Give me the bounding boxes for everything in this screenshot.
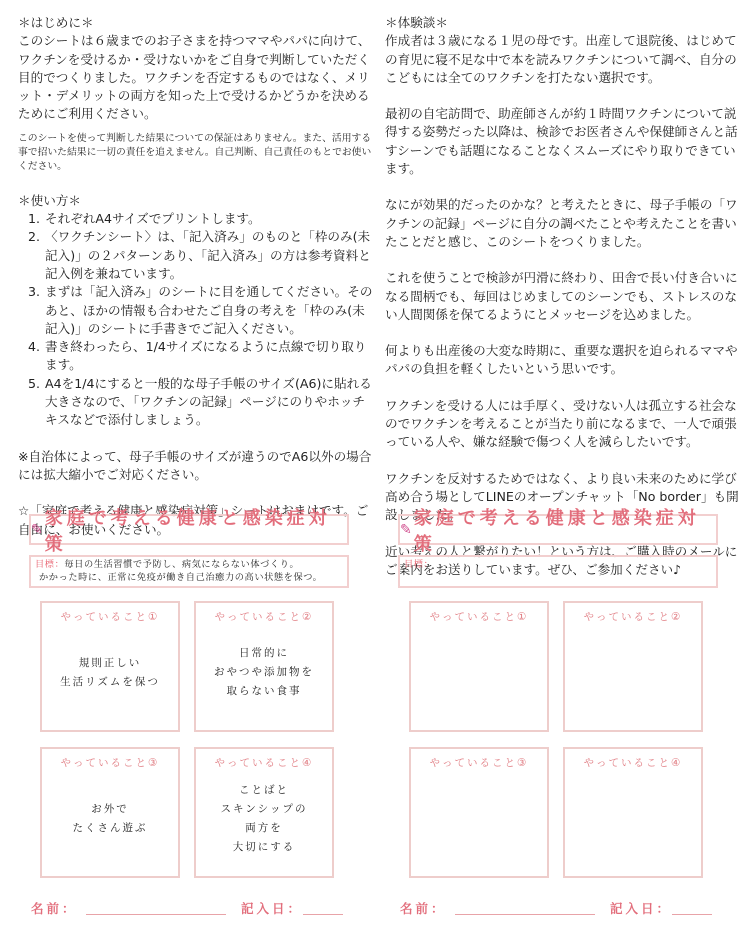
sheet-blank: ✎ 家庭で考える健康と感染症対策 目標： やっていること① やっていること② や… (395, 514, 745, 934)
story-paragraph: ワクチンを受ける人には手厚く、受けない人は孤立する社会なのでワクチンを考えること… (385, 397, 743, 452)
activity-title: やっていること④ (196, 755, 332, 770)
story-paragraph: なにが効果的だったのかな？と考えたときに、母子手帳の「ワクチンの記録」ページに自… (385, 196, 743, 251)
activity-body (411, 625, 547, 720)
activity-box-2: やっていること② 日常的に おやつや添加物を 取らない食事 (194, 601, 334, 732)
activity-title: やっていること③ (411, 755, 547, 770)
story-paragraph: 何よりも出産後の大変な時期に、重要な選択を迫られるママやパパの負担を軽くしたいと… (385, 342, 743, 379)
activity-body (565, 771, 701, 866)
activity-body: ことばと スキンシップの 両方を 大切にする (196, 771, 332, 866)
name-label: 名前： (31, 899, 78, 917)
activity-box-2: やっていること② (563, 601, 703, 732)
usage-heading: ＊使い方＊ (18, 192, 376, 210)
usage-step: 4.書き終わったら、1/4サイズになるように点線で切り取ります。 (28, 338, 376, 375)
activity-body: 規則正しい 生活リズムを保つ (42, 625, 178, 720)
activity-box-4: やっていること④ ことばと スキンシップの 両方を 大切にする (194, 747, 334, 878)
pencil-icon: ✎ (31, 522, 43, 538)
date-line (303, 914, 343, 915)
activity-body: お外で たくさん遊ぶ (42, 771, 178, 866)
usage-steps: 1.それぞれA4サイズでプリントします。 2.〈ワクチンシート〉は、「記入済み」… (18, 210, 376, 430)
activity-title: やっていること① (42, 609, 178, 624)
activity-box-3: やっていること③ (409, 747, 549, 878)
activity-box-1: やっていること① (409, 601, 549, 732)
sheet-footer: 名前： 記入日： (400, 899, 720, 919)
pencil-icon: ✎ (400, 522, 412, 538)
date-label: 記入日： (610, 899, 672, 917)
story-heading: ＊体験談＊ (385, 14, 743, 32)
sheet-title: ✎ 家庭で考える健康と感染症対策 (398, 514, 718, 545)
activity-title: やっていること② (565, 609, 701, 624)
story-paragraph: 作成者は３歳になる１児の母です。出産して退院後、はじめての育児に寝不足な中で本を… (385, 32, 743, 87)
activity-body (411, 771, 547, 866)
activity-title: やっていること③ (42, 755, 178, 770)
goal-box: 目標：毎日の生活習慣で予防し、病気にならない体づくり。 かかった時に、正常に免疫… (29, 555, 349, 588)
usage-note: ※自治体によって、母子手帳のサイズが違うのでA6以外の場合には拡大縮小でご対応く… (18, 448, 376, 485)
sheet-filled-example: ✎ 家庭で考える健康と感染症対策 目標：毎日の生活習慣で予防し、病気にならない体… (26, 514, 376, 934)
activity-box-4: やっていること④ (563, 747, 703, 878)
activity-box-1: やっていること① 規則正しい 生活リズムを保つ (40, 601, 180, 732)
activity-title: やっていること④ (565, 755, 701, 770)
goal-line-1: 毎日の生活習慣で予防し、病気にならない体づくり。 (64, 559, 299, 570)
intro-body: このシートは６歳までのお子さまを持つママやパパに向けて、ワクチンを受けるか・受け… (18, 32, 376, 123)
date-label: 記入日： (241, 899, 303, 917)
activity-body: 日常的に おやつや添加物を 取らない食事 (196, 625, 332, 720)
usage-step: 1.それぞれA4サイズでプリントします。 (28, 210, 376, 228)
name-line (455, 914, 595, 915)
activity-box-3: やっていること③ お外で たくさん遊ぶ (40, 747, 180, 878)
usage-step: 3.まずは「記入済み」のシートに目を通してください。そのあと、ほかの情報も合わせ… (28, 283, 376, 338)
name-label: 名前： (400, 899, 447, 917)
disclaimer: このシートを使って判断した結果についての保証はありません。また、活用する事で招い… (18, 132, 376, 174)
activity-title: やっていること① (411, 609, 547, 624)
goal-line-2: かかった時に、正常に免疫が働き自己治癒力の高い状態を保つ。 (35, 572, 343, 585)
story-paragraph: 最初の自宅訪問で、助産師さんが約１時間ワクチンについて説得する姿勢だった以降は、… (385, 105, 743, 178)
right-column: ＊体験談＊ 作成者は３歳になる１児の母です。出産して退院後、はじめての育児に寝不… (385, 14, 743, 579)
sheet-footer: 名前： 記入日： (31, 899, 351, 919)
story-paragraph: これを使うことで検診が円滑に終わり、田舎で長い付き合いになる間柄でも、毎回はじめ… (385, 269, 743, 324)
usage-step: 5.A4を1/4にすると一般的な母子手帳のサイズ(A6)に貼れる大きさなので、「… (28, 375, 376, 430)
intro-heading: ＊はじめに＊ (18, 14, 376, 32)
sheet-title: ✎ 家庭で考える健康と感染症対策 (29, 514, 349, 545)
goal-label: 目標： (35, 559, 64, 570)
usage-step: 2.〈ワクチンシート〉は、「記入済み」のものと「枠のみ(未記入)」の２パターンあ… (28, 228, 376, 283)
activity-title: やっていること② (196, 609, 332, 624)
name-line (86, 914, 226, 915)
goal-box: 目標： (398, 555, 718, 588)
activity-body (565, 625, 701, 720)
left-column: ＊はじめに＊ このシートは６歳までのお子さまを持つママやパパに向けて、ワクチンを… (18, 14, 376, 539)
date-line (672, 914, 712, 915)
goal-label: 目標： (404, 559, 433, 570)
